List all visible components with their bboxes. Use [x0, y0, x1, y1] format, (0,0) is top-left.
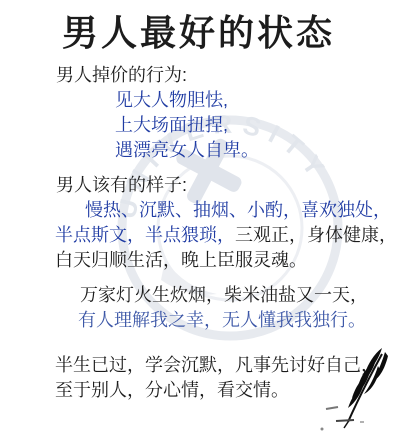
section1-heading: 男人掉价的行为: — [56, 64, 187, 86]
section3-line1: 万家灯火生炊烟，柴米油盐又一天， — [80, 284, 368, 306]
section2-line2: 半点斯文，半点猥琐，三观正，身体健康， — [55, 224, 397, 246]
section1-line3: 遇漂亮女人自卑。 — [115, 139, 259, 161]
feather-quill-icon — [318, 340, 396, 436]
section2-line1: 慢热、沉默、抽烟、小酌，喜欢独处， — [85, 199, 391, 221]
page-title: 男人最好的状态 — [0, 5, 397, 56]
section2-line3: 白天归顺生活，晚上臣服灵魂。 — [55, 249, 307, 271]
section2-line2-blue-part: 半点斯文，半点猥琐， — [55, 225, 235, 245]
section1-line2: 上大场面扭捏, — [115, 114, 228, 136]
section2-line2-black-part: 三观正，身体健康， — [235, 225, 397, 245]
section2-heading: 男人该有的样子: — [56, 174, 187, 196]
section3-line2: 有人理解我之幸，无人懂我我独行。 — [78, 309, 366, 331]
section1-line1: 见大人物胆怯, — [115, 89, 228, 111]
poster-page: UNIVERSITY 男人最好的状态 男人掉价的行为: 见大人物胆怯, 上大场面… — [0, 0, 397, 437]
section4-line2: 至于别人，分心情，看交情。 — [55, 379, 289, 401]
